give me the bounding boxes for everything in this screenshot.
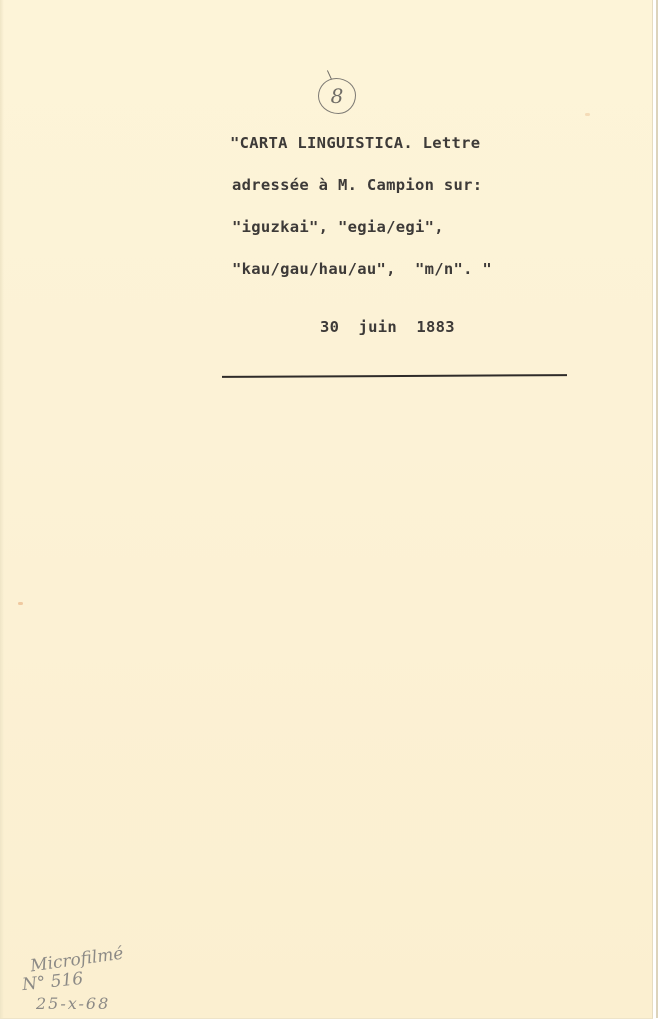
paper-stain bbox=[18, 602, 23, 605]
horizontal-rule bbox=[222, 374, 567, 378]
title-line-3: "iguzkai", "egia/egi", bbox=[232, 218, 444, 236]
title-line-4: "kau/gau/hau/au", "m/n". " bbox=[232, 260, 492, 278]
title-line-1: "CARTA LINGUISTICA. Lettre bbox=[230, 134, 480, 152]
document-page: 8 "CARTA LINGUISTICA. Lettre adressée à … bbox=[0, 0, 653, 1019]
folio-number-circled: 8 bbox=[318, 78, 356, 114]
pencil-annotation-date: 25-x-68 bbox=[36, 994, 110, 1013]
document-date: 30 juin 1883 bbox=[320, 318, 455, 336]
title-line-2: adressée à M. Campion sur: bbox=[232, 176, 482, 194]
paper-stain bbox=[585, 113, 590, 116]
